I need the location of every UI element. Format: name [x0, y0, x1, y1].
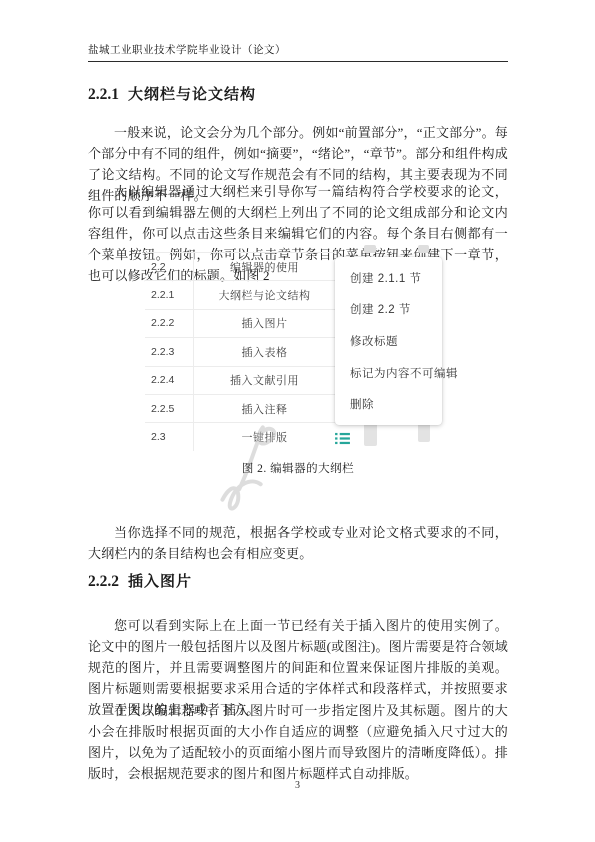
- outline-item-title: 插入注释: [194, 401, 335, 417]
- figure-caption: 图 2. 编辑器的大纲栏: [88, 460, 508, 476]
- body-paragraph: 当你选择不同的规范，根据各学校或专业对论文格式要求的不同，大纲栏内的条目结构也会…: [88, 522, 508, 564]
- outline-item-title: 插入表格: [194, 344, 335, 360]
- outline-row[interactable]: 2.2.4 插入文献引用: [145, 367, 335, 395]
- cropped-ui-fragment: [418, 423, 430, 442]
- outline-row[interactable]: 2.2.3 插入表格: [145, 338, 335, 366]
- outline-row[interactable]: 2.2 编辑器的使用: [145, 253, 335, 281]
- outline-item-number: 2.3: [145, 423, 194, 450]
- outline-row[interactable]: 2.2.1 大纲栏与论文结构: [145, 281, 335, 309]
- cropped-ui-fragment: [418, 245, 429, 253]
- menu-item-rename-title[interactable]: 修改标题: [335, 333, 442, 349]
- section-number: 2.2.2: [88, 573, 119, 590]
- section-title: 大纲栏与论文结构: [128, 86, 256, 103]
- list-icon[interactable]: [335, 432, 350, 445]
- menu-item-mark-readonly[interactable]: 标记为内容不可编辑: [335, 365, 442, 381]
- outline-item-title: 插入图片: [194, 315, 335, 331]
- outline-row[interactable]: 2.2.5 插入注释: [145, 395, 335, 423]
- outline-item-title: 大纲栏与论文结构: [194, 287, 335, 303]
- running-header: 盐城工业职业技术学院毕业设计（论文）: [88, 42, 508, 62]
- section-heading-2-2-2: 2.2.2插入图片: [88, 570, 508, 591]
- outline-item-number: 2.2.5: [145, 395, 194, 422]
- outline-item-number: 2.2.2: [145, 310, 194, 337]
- outline-row[interactable]: 2.2.2 插入图片: [145, 310, 335, 338]
- outline-row[interactable]: 2.3 一键排版: [145, 423, 335, 450]
- menu-item-create-section[interactable]: 创建 2.2 节: [335, 301, 442, 317]
- page-number: 3: [0, 780, 595, 791]
- outline-item-title: 一键排版: [194, 429, 335, 445]
- document-page: 盐城工业职业技术学院毕业设计（论文） 2.2.1大纲栏与论文结构 一般来说，论文…: [0, 0, 595, 842]
- figure-outline-panel: 2.2 编辑器的使用 2.2.1 大纲栏与论文结构 2.2.2 插入图片 2.2…: [88, 252, 508, 480]
- outline-item-title: 编辑器的使用: [194, 259, 335, 275]
- outline-item-number: 2.2.1: [145, 281, 194, 308]
- outline-item-number: 2.2.4: [145, 367, 194, 394]
- outline-item-number: 2.2.3: [145, 338, 194, 365]
- section-title: 插入图片: [128, 573, 192, 590]
- body-paragraph: 在大以编辑器中，插入图片时可一步指定图片及其标题。图片的大小会在排版时根据页面的…: [88, 700, 508, 784]
- section-number: 2.2.1: [88, 86, 119, 103]
- outline-item-number: 2.2: [145, 253, 194, 280]
- context-menu: 创建 2.1.1 节 创建 2.2 节 修改标题 标记为内容不可编辑 删除: [335, 257, 442, 425]
- outline-item-title: 插入文献引用: [194, 372, 335, 388]
- menu-item-delete[interactable]: 删除: [335, 396, 442, 412]
- outline-list: 2.2 编辑器的使用 2.2.1 大纲栏与论文结构 2.2.2 插入图片 2.2…: [145, 252, 335, 451]
- menu-item-create-section[interactable]: 创建 2.1.1 节: [335, 270, 442, 286]
- cropped-ui-fragment: [364, 423, 377, 446]
- section-heading-2-2-1: 2.2.1大纲栏与论文结构: [88, 83, 508, 104]
- cropped-ui-fragment: [364, 245, 376, 253]
